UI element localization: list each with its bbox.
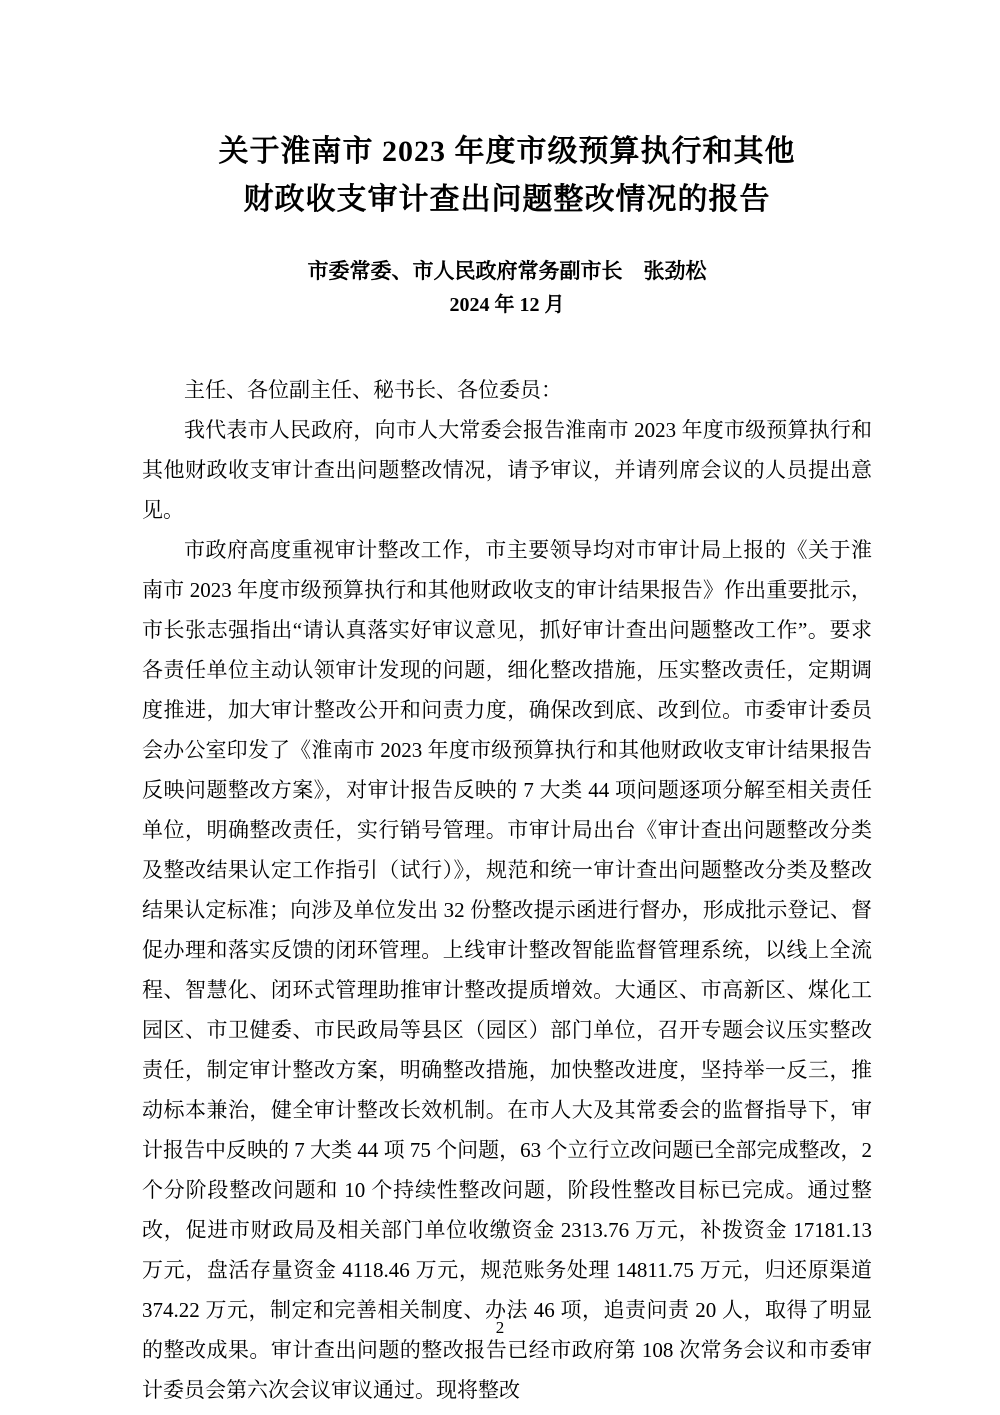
paragraph: 市政府高度重视审计整改工作，市主要领导均对市审计局上报的《关于淮南市 2023 … xyxy=(142,530,872,1410)
paragraph: 我代表市人民政府，向市人大常委会报告淮南市 2023 年度市级预算执行和其他财政… xyxy=(142,410,872,530)
page-title-line-2: 财政收支审计查出问题整改情况的报告 xyxy=(142,176,872,224)
document-content: 关于淮南市 2023 年度市级预算执行和其他 财政收支审计查出问题整改情况的报告… xyxy=(142,0,872,1410)
author-line: 市委常委、市人民政府常务副市长 张劲松 xyxy=(142,260,872,283)
page-title: 关于淮南市 2023 年度市级预算执行和其他 财政收支审计查出问题整改情况的报告 xyxy=(142,128,872,224)
page-title-line-1: 关于淮南市 2023 年度市级预算执行和其他 xyxy=(142,128,872,176)
salutation: 主任、各位副主任、秘书长、各位委员： xyxy=(142,370,872,410)
document-body: 主任、各位副主任、秘书长、各位委员： 我代表市人民政府，向市人大常委会报告淮南市… xyxy=(142,370,872,1410)
document-page: 关于淮南市 2023 年度市级预算执行和其他 财政收支审计查出问题整改情况的报告… xyxy=(0,0,1000,1415)
page-number: 2 xyxy=(0,1318,1000,1338)
date-line: 2024 年 12 月 xyxy=(142,294,872,317)
